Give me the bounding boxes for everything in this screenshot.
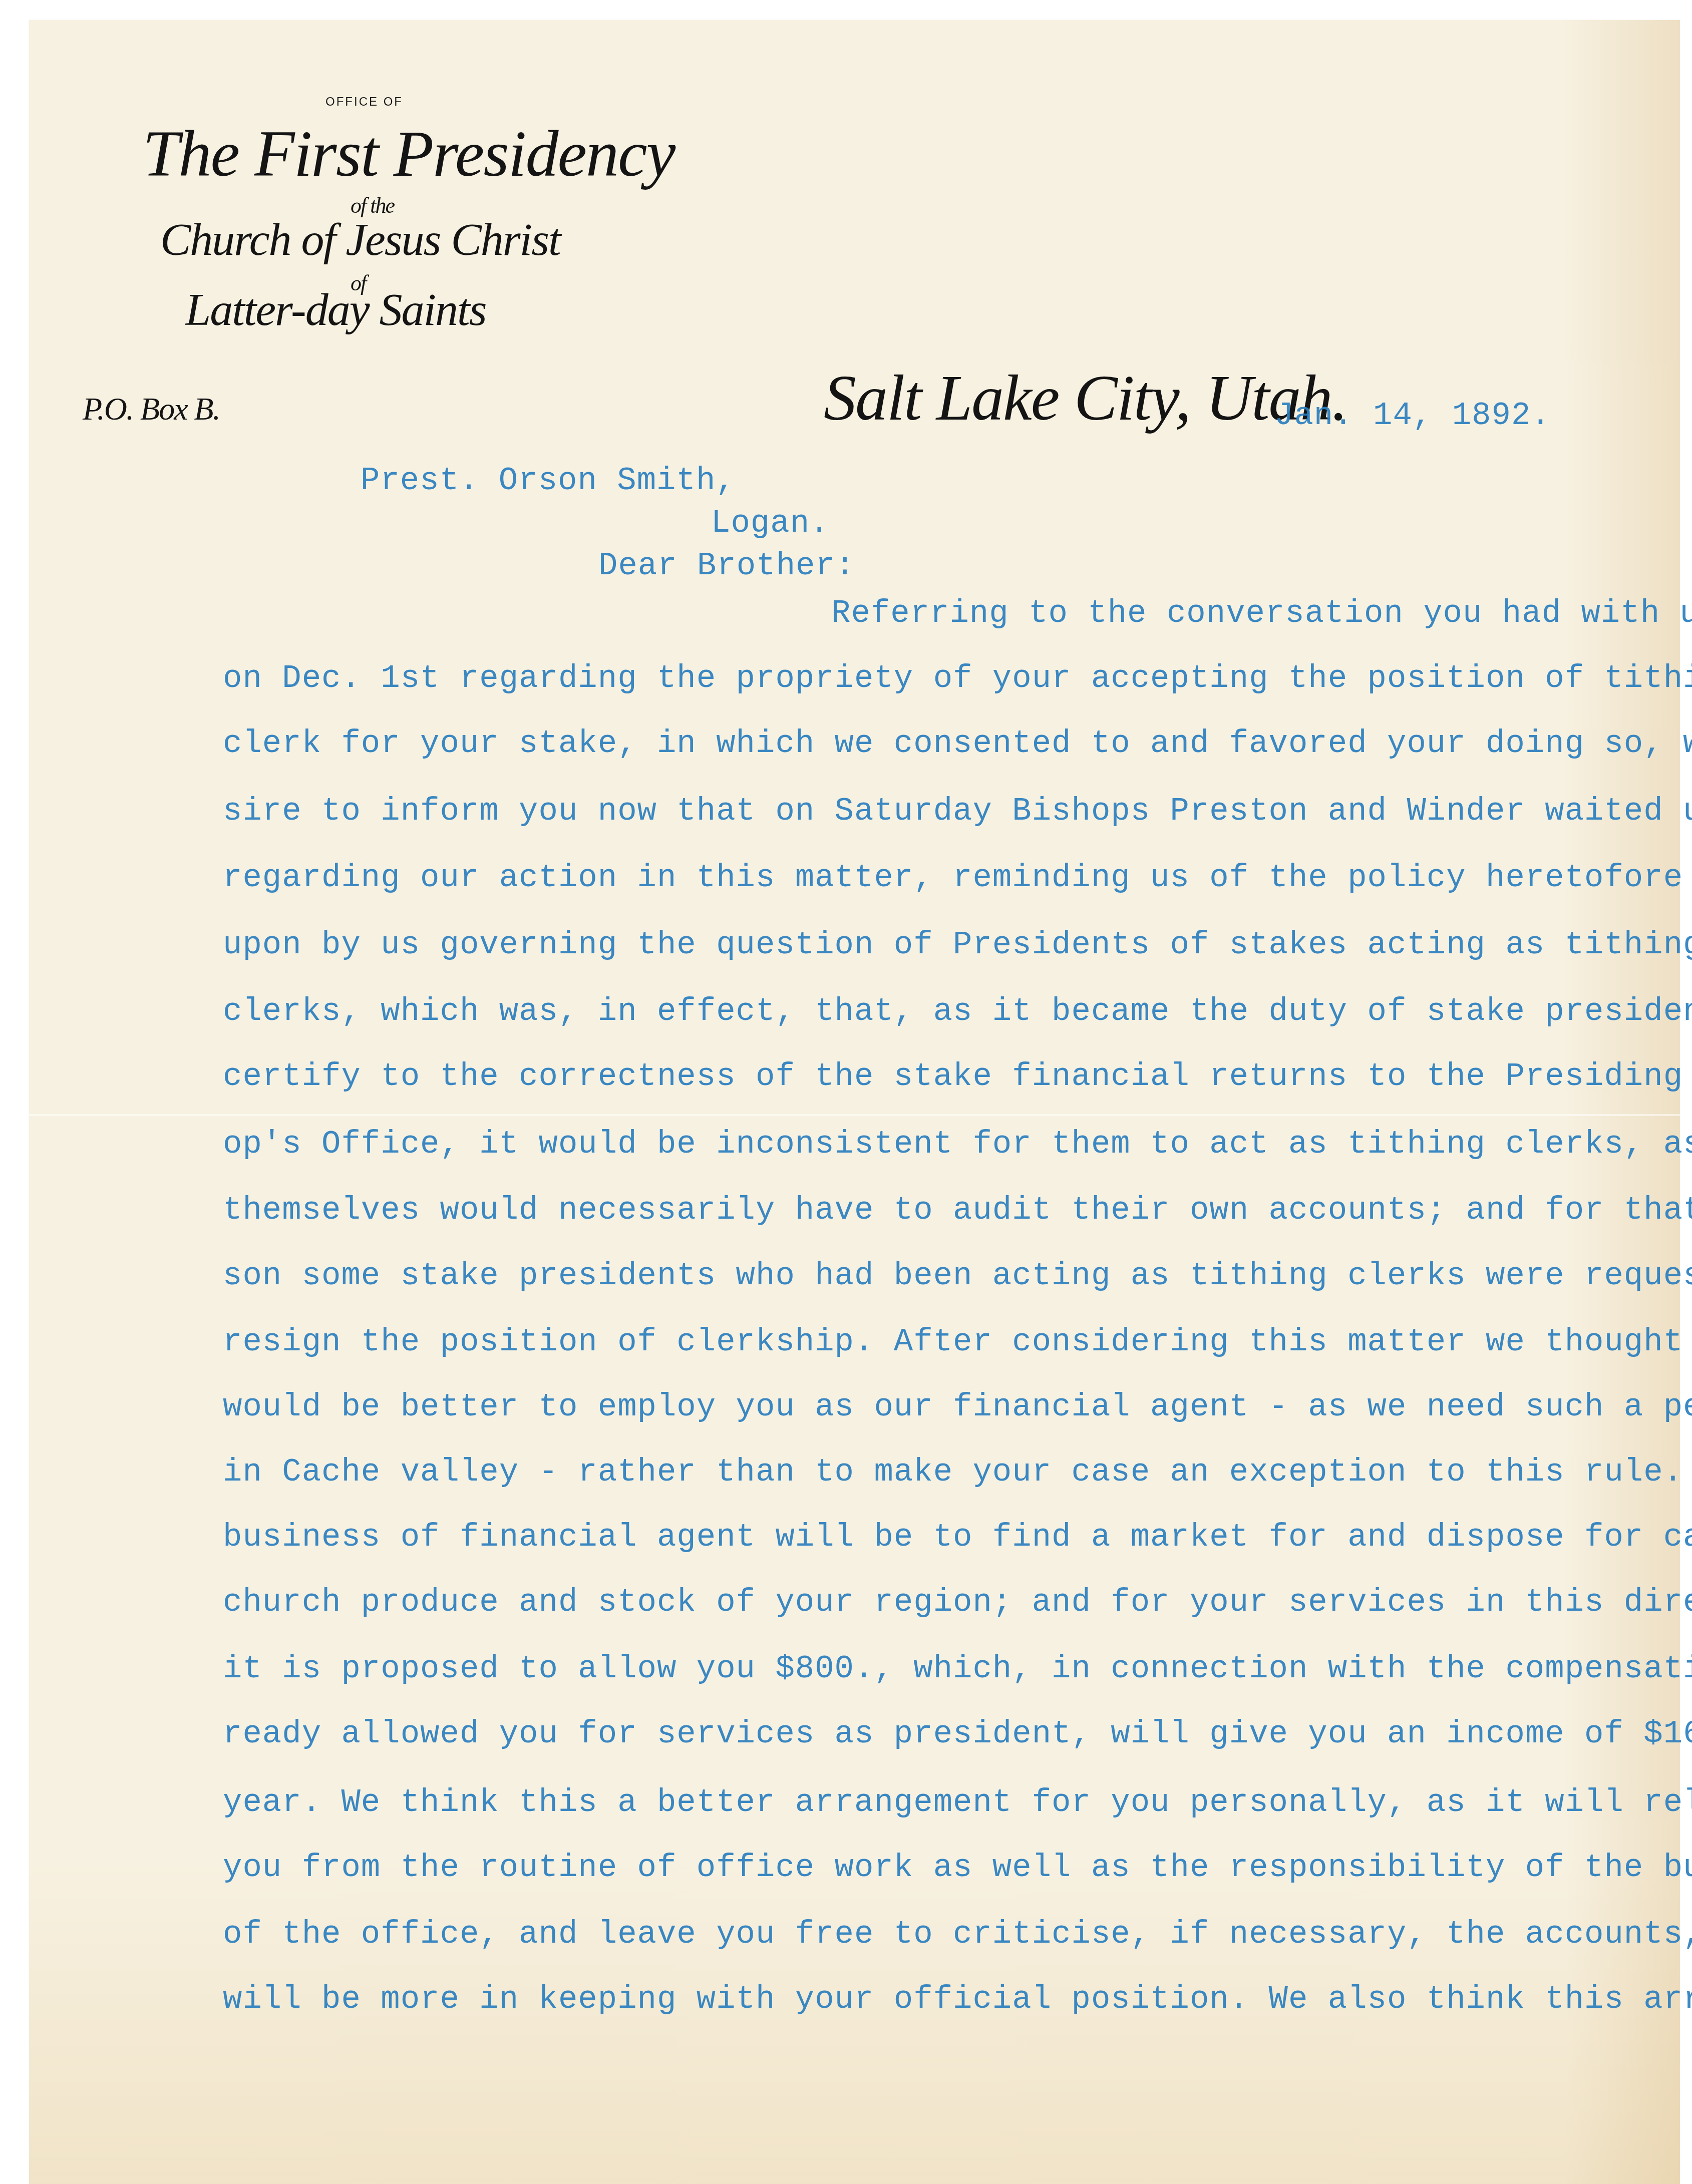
body-line: of the office, and leave you free to cri… <box>223 1917 1692 1953</box>
body-line: would be better to employ you as our fin… <box>223 1389 1692 1425</box>
body-line: op's Office, it would be inconsistent fo… <box>223 1127 1692 1163</box>
recipient-name: Prest. Orson Smith, <box>361 463 736 499</box>
body-line: Referring to the conversation you had wi… <box>831 596 1692 632</box>
body-line: church produce and stock of your region;… <box>223 1585 1692 1621</box>
letter-date: Jan. 14, 1892. <box>1274 398 1551 434</box>
letterhead-office-of: OFFICE OF <box>325 95 403 109</box>
paper-fold-crease <box>29 1114 1680 1116</box>
body-line: clerks, which was, in effect, that, as i… <box>223 994 1692 1030</box>
body-line: resign the position of clerkship. After … <box>223 1324 1692 1360</box>
letterhead-first-presidency: The First Presidency <box>143 115 674 192</box>
letterhead-latter-day-saints: Latter-day Saints <box>185 283 486 336</box>
letterhead-po-box: P.O. Box B. <box>83 391 220 428</box>
body-line: in Cache valley - rather than to make yo… <box>223 1454 1692 1491</box>
body-line: upon by us governing the question of Pre… <box>223 927 1692 963</box>
body-line: it is proposed to allow you $800., which… <box>223 1651 1692 1687</box>
letterhead-church-name: Church of Jesus Christ <box>160 213 560 266</box>
body-line: clerk for your stake, in which we consen… <box>223 726 1692 762</box>
letterhead-city: Salt Lake City, Utah. <box>824 360 1347 436</box>
recipient-place: Logan. <box>711 506 829 542</box>
body-line: will be more in keeping with your offici… <box>223 1982 1692 2018</box>
body-line: on Dec. 1st regarding the propriety of y… <box>223 661 1692 697</box>
body-line: certify to the correctness of the stake … <box>223 1059 1692 1095</box>
body-line: regarding our action in this matter, rem… <box>223 860 1692 896</box>
body-line: themselves would necessarily have to aud… <box>223 1193 1692 1229</box>
body-line: sire to inform you now that on Saturday … <box>223 794 1692 830</box>
body-line: business of financial agent will be to f… <box>223 1520 1692 1556</box>
body-line: son some stake presidents who had been a… <box>223 1258 1692 1294</box>
salutation: Dear Brother: <box>598 548 855 584</box>
body-line: year. We think this a better arrangement… <box>223 1785 1692 1821</box>
body-line: ready allowed you for services as presid… <box>223 1716 1692 1752</box>
body-line: you from the routine of office work as w… <box>223 1850 1692 1886</box>
